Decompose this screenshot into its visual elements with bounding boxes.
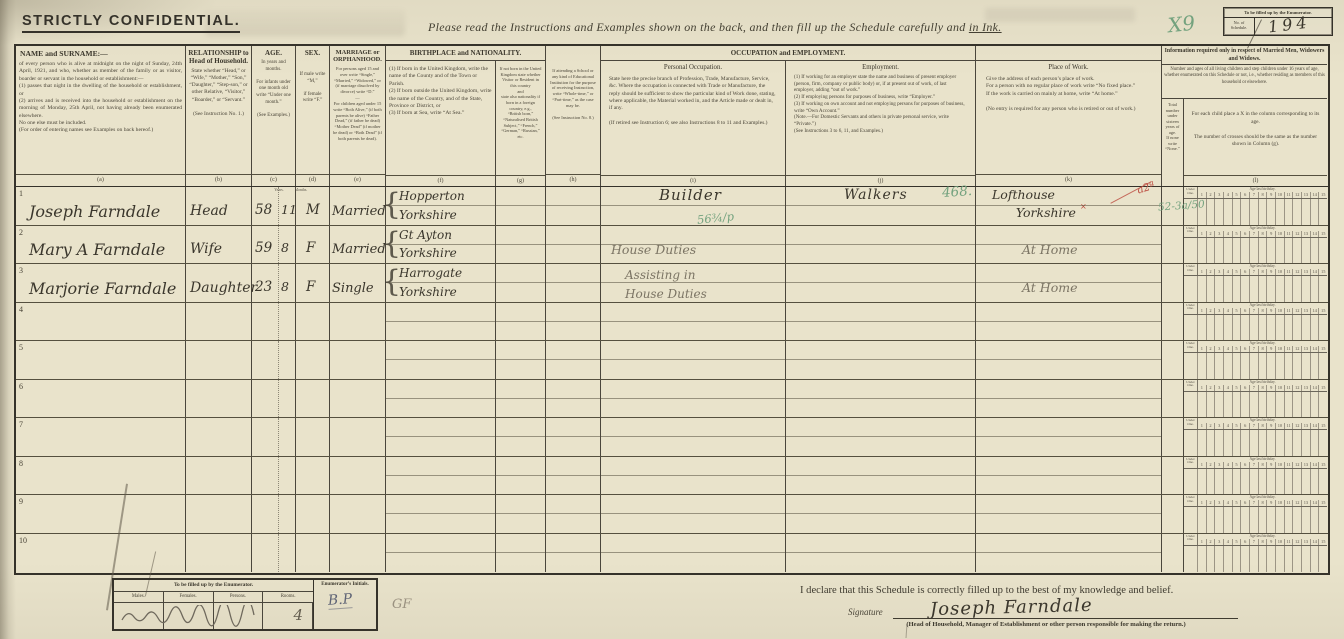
table-cell xyxy=(186,418,252,456)
col-instructions-age: In years and months. For infants under o… xyxy=(252,58,295,121)
age-number: 11 xyxy=(1285,500,1294,506)
table-cell: F xyxy=(296,264,330,302)
age-number: 4 xyxy=(1224,231,1233,237)
age-mark-cell xyxy=(1319,469,1327,495)
persons-header: Persons. xyxy=(214,592,264,602)
table-cell xyxy=(330,495,386,533)
table-cell xyxy=(496,264,546,302)
age-mark-cell xyxy=(1311,469,1320,495)
age-number: 3 xyxy=(1215,269,1224,275)
name-entry: Joseph Farndale xyxy=(29,202,160,221)
age-number: 15 xyxy=(1319,539,1327,545)
col-letter-name: (a) xyxy=(16,174,185,186)
col-header-education: If attending a School or any kind of Edu… xyxy=(546,46,601,186)
age-number: 3 xyxy=(1215,192,1224,198)
table-cell xyxy=(496,187,546,225)
row-number: 4 xyxy=(19,305,23,314)
table-cell xyxy=(496,495,546,533)
group-cols-birthplace: (1) If born in the United Kingdom, write… xyxy=(386,61,545,186)
age-number: 3 xyxy=(1215,231,1224,237)
table-cell xyxy=(546,495,601,533)
table-cell xyxy=(252,303,296,341)
col-instructions-nationality: If not born in the United Kingdom state … xyxy=(496,61,545,142)
col-letter-personal-occupation: (i) xyxy=(601,175,785,186)
age-number: 9 xyxy=(1267,308,1276,314)
age-number: 14 xyxy=(1311,385,1320,391)
age-number: 1 xyxy=(1198,231,1207,237)
age-mark-cell xyxy=(1259,546,1268,573)
age-number: 4 xyxy=(1224,269,1233,275)
row-number: 2 xyxy=(19,228,23,237)
age-number: 15 xyxy=(1319,385,1327,391)
under-one-label: Under One. xyxy=(1184,534,1198,545)
age-number: 1 xyxy=(1198,346,1207,352)
age-mark-cell xyxy=(1224,353,1233,379)
age-mark-cell xyxy=(1207,469,1216,495)
age-columns-header: Age last birthday.123456789101112131415 xyxy=(1198,457,1327,468)
signature-label: Signature xyxy=(848,607,883,617)
table-cell xyxy=(296,341,330,379)
age-mark-cell xyxy=(1241,238,1250,264)
age-number: 7 xyxy=(1250,462,1259,468)
total-under-sixteen-cell xyxy=(1162,418,1184,456)
age-mark-cell xyxy=(1184,276,1198,302)
age-mark-cell xyxy=(1267,238,1276,264)
enumerator-box-headers: Males. Females. Persons. Rooms. xyxy=(114,592,313,603)
age-number: 9 xyxy=(1267,231,1276,237)
age-numbers-row: 123456789101112131415 xyxy=(1198,385,1327,391)
age-mark-cell xyxy=(1267,353,1276,379)
table-cell: Assisting in House Duties xyxy=(601,264,786,302)
child-age-note-wrap: For each child place a X in the column c… xyxy=(1184,99,1327,186)
age-mark-cell xyxy=(1267,546,1276,573)
table-cell: F xyxy=(296,226,330,264)
under-one-label: Under One. xyxy=(1184,341,1198,352)
table-cell: {Hopperton Yorkshire xyxy=(386,187,496,225)
table-row: 8Under One.Age last birthday.12345678910… xyxy=(16,457,1328,496)
age-numbers-row: 123456789101112131415 xyxy=(1198,500,1327,506)
age-number: 4 xyxy=(1224,385,1233,391)
age-number: 15 xyxy=(1319,462,1327,468)
table-cell: Under One.Age last birthday.123456789101… xyxy=(1162,495,1327,533)
males-header: Males. xyxy=(114,592,164,602)
table-cell xyxy=(546,226,601,264)
table-cell xyxy=(786,341,976,379)
age-number: 6 xyxy=(1241,346,1250,352)
married-info-subtitle: Number and ages of all living children a… xyxy=(1162,65,1327,99)
age-number: 1 xyxy=(1198,423,1207,429)
age-number: 12 xyxy=(1293,423,1302,429)
col-header-sex: SEX. If male write “M,” if female write … xyxy=(296,46,330,186)
age-number: 13 xyxy=(1302,539,1311,545)
age-mark-cell xyxy=(1233,392,1242,418)
age-number: 9 xyxy=(1267,539,1276,545)
age-mark-cell xyxy=(1207,546,1216,573)
age-mark-cell xyxy=(1250,315,1259,341)
age-mark-cell xyxy=(1319,315,1327,341)
table-cell xyxy=(546,303,601,341)
total-under-sixteen-cell xyxy=(1162,264,1184,302)
schedule-table: NAME and SURNAME:— of every person who i… xyxy=(14,44,1330,575)
schedule-box-row: No. of Schedule. 194 xyxy=(1224,18,1332,35)
age-number: 7 xyxy=(1250,308,1259,314)
col-instructions-employment: (1) If working for an employer state the… xyxy=(786,72,975,136)
col-title-place-of-work: Place of Work. xyxy=(976,64,1161,71)
age-mark-cell xyxy=(1311,276,1320,302)
age-mark-cell xyxy=(1241,546,1250,573)
table-cell xyxy=(496,303,546,341)
age-number: 7 xyxy=(1250,346,1259,352)
age-number: 9 xyxy=(1267,500,1276,506)
age-mark-cells xyxy=(1184,469,1327,495)
age-mark-cell xyxy=(1241,469,1250,495)
age-mark-cell xyxy=(1184,546,1198,573)
age-columns-header: Age last birthday.123456789101112131415 xyxy=(1198,341,1327,352)
age-number: 10 xyxy=(1276,423,1285,429)
table-cell xyxy=(386,418,496,456)
table-cell: Under One.Age last birthday.123456789101… xyxy=(1162,264,1327,302)
age-number: 2 xyxy=(1207,423,1216,429)
age-mark-cell xyxy=(1215,469,1224,495)
age-number: 5 xyxy=(1233,385,1242,391)
col-title-age: AGE. xyxy=(252,46,295,58)
age-mark-cell xyxy=(1311,546,1320,573)
age-number: 11 xyxy=(1285,231,1294,237)
table-cell: Under One.Age last birthday.123456789101… xyxy=(1162,418,1327,456)
age-mark-cell xyxy=(1319,276,1327,302)
total-under-sixteen-cell xyxy=(1162,341,1184,379)
age-mark-cell xyxy=(1215,546,1224,573)
table-cell xyxy=(546,341,601,379)
age-mark-cell xyxy=(1198,430,1207,456)
total-under-sixteen-cell xyxy=(1162,495,1184,533)
table-cell xyxy=(386,303,496,341)
table-cell xyxy=(786,418,976,456)
age-mark-cell xyxy=(1302,276,1311,302)
age-mark-cell xyxy=(1293,430,1302,456)
enumerator-summary-main: To be filled up by the Enumerator. Males… xyxy=(114,580,314,629)
table-cell: 10 xyxy=(16,534,186,573)
table-cell xyxy=(786,303,976,341)
age-mark-cells xyxy=(1184,507,1327,533)
age-mark-cell xyxy=(1285,276,1294,302)
table-cell xyxy=(330,418,386,456)
table-cell xyxy=(186,341,252,379)
relationship-entry: Wife xyxy=(190,241,222,257)
age-mark-cell xyxy=(1293,315,1302,341)
age-mark-cell xyxy=(1285,315,1294,341)
table-cell: Walkers468. xyxy=(786,187,976,225)
age-mark-cell xyxy=(1215,238,1224,264)
sex-entry: F xyxy=(306,240,315,256)
col-group-birthplace: BIRTHPLACE and NATIONALITY. (1) If born … xyxy=(386,46,546,186)
table-cell: Under One.Age last birthday.123456789101… xyxy=(1162,187,1327,225)
age-mark-cell xyxy=(1319,199,1327,225)
age-columns-header: Age last birthday.123456789101112131415 xyxy=(1198,187,1327,198)
table-cell xyxy=(296,418,330,456)
age-number: 8 xyxy=(1259,423,1268,429)
age-mark-cell xyxy=(1259,276,1268,302)
age-number: 4 xyxy=(1224,462,1233,468)
age-number: 12 xyxy=(1293,346,1302,352)
occupation-entry: Builder xyxy=(659,186,722,204)
age-mark-cell xyxy=(1319,392,1327,418)
table-row: 5Under One.Age last birthday.12345678910… xyxy=(16,341,1328,380)
under-one-label: Under One. xyxy=(1184,187,1198,198)
age-number: 11 xyxy=(1285,192,1294,198)
age-number: 6 xyxy=(1241,500,1250,506)
age-number: 2 xyxy=(1207,539,1216,545)
col-header-place-of-work: Place of Work. Give the address of each … xyxy=(976,46,1162,186)
age-mark-cell xyxy=(1184,392,1198,418)
table-cell: Daughter xyxy=(186,264,252,302)
age-mark-cells xyxy=(1184,392,1327,418)
child-age-grid: Under One.Age last birthday.123456789101… xyxy=(1184,418,1327,456)
age-mark-cell xyxy=(1259,199,1268,225)
age-mark-cell xyxy=(1319,546,1327,573)
age-number: 10 xyxy=(1276,346,1285,352)
occupation-entry: House Duties xyxy=(611,242,696,257)
age-number: 13 xyxy=(1302,269,1311,275)
age-number: 1 xyxy=(1198,308,1207,314)
age-mark-cell xyxy=(1224,546,1233,573)
col-header-birthplace: (1) If born in the United Kingdom, write… xyxy=(386,61,496,186)
enumerator-initials-value: B.P xyxy=(327,591,352,610)
schedule-number-box: To be filled up by the Enumerator. No. o… xyxy=(1223,7,1333,36)
child-age-grid-header: Under One.Age last birthday.123456789101… xyxy=(1184,341,1327,353)
age-number: 6 xyxy=(1241,192,1250,198)
col-instructions-sex: If male write “M,” if female write “F.” xyxy=(296,58,329,107)
age-mark-cell xyxy=(1267,315,1276,341)
married-info-lower: Total number under sixteen years of age.… xyxy=(1162,99,1327,186)
table-cell xyxy=(252,534,296,573)
table-cell: 9 xyxy=(16,495,186,533)
child-age-grid: Under One.Age last birthday.123456789101… xyxy=(1184,495,1327,533)
age-number: 13 xyxy=(1302,462,1311,468)
table-cell xyxy=(186,457,252,495)
green-annotation: 468. xyxy=(941,183,972,201)
schedule-box-label: No. of Schedule. xyxy=(1224,18,1255,35)
age-number: 11 xyxy=(1285,346,1294,352)
age-mark-cell xyxy=(1293,507,1302,533)
age-mark-cell xyxy=(1250,238,1259,264)
table-cell xyxy=(496,226,546,264)
table-cell xyxy=(252,380,296,418)
age-mark-cell xyxy=(1311,430,1320,456)
age-number: 14 xyxy=(1311,346,1320,352)
table-cell xyxy=(252,457,296,495)
age-mark-cell xyxy=(1241,507,1250,533)
age-mark-cell xyxy=(1233,276,1242,302)
table-cell xyxy=(786,457,976,495)
age-number: 12 xyxy=(1293,269,1302,275)
table-cell xyxy=(186,303,252,341)
total-under-sixteen-cell xyxy=(1162,534,1184,573)
age-number: 12 xyxy=(1293,308,1302,314)
age-number: 1 xyxy=(1198,385,1207,391)
table-cell: Under One.Age last birthday.123456789101… xyxy=(1162,226,1327,264)
sex-entry: M xyxy=(306,202,320,218)
age-mark-cell xyxy=(1276,199,1285,225)
age-number: 10 xyxy=(1276,192,1285,198)
col-title-employment: Employment. xyxy=(786,64,975,71)
birthplace-entry: Gt Ayton Yorkshire xyxy=(399,226,457,263)
age-mark-cell xyxy=(1250,276,1259,302)
age-mark-cell xyxy=(1198,315,1207,341)
occupation-entry: Assisting in House Duties xyxy=(625,266,707,303)
table-cell xyxy=(186,495,252,533)
age-number: 5 xyxy=(1233,539,1242,545)
table-cell: Builder56¾/p xyxy=(601,187,786,225)
age-mark-cell xyxy=(1302,469,1311,495)
age-number: 12 xyxy=(1293,539,1302,545)
age-mark-cell xyxy=(1285,507,1294,533)
age-mark-cell xyxy=(1293,392,1302,418)
under-one-label: Under One. xyxy=(1184,264,1198,275)
age-number: 2 xyxy=(1207,192,1216,198)
table-cell xyxy=(976,341,1162,379)
age-number: 11 xyxy=(1285,423,1294,429)
age-mark-cell xyxy=(1233,315,1242,341)
age-number: 4 xyxy=(1224,346,1233,352)
table-cell: Head xyxy=(186,187,252,225)
age-mark-cell xyxy=(1250,469,1259,495)
table-cell xyxy=(976,495,1162,533)
age-number: 10 xyxy=(1276,539,1285,545)
age-mark-cell xyxy=(1250,353,1259,379)
age-numbers-row: 123456789101112131415 xyxy=(1198,462,1327,468)
sex-entry: F xyxy=(306,279,315,295)
relationship-entry: Head xyxy=(190,203,228,219)
marriage-entry: Married xyxy=(332,204,386,219)
age-mark-cells xyxy=(1184,238,1327,264)
age-number: 3 xyxy=(1215,423,1224,429)
age-number: 14 xyxy=(1311,423,1320,429)
table-cell xyxy=(496,418,546,456)
under-one-label: Under One. xyxy=(1184,226,1198,237)
age-mark-cell xyxy=(1224,238,1233,264)
age-number: 2 xyxy=(1207,385,1216,391)
pencil-note-gf: GF xyxy=(392,597,411,612)
age-mark-cell xyxy=(1241,315,1250,341)
group-cols-occupation: Personal Occupation. State here the prec… xyxy=(601,61,975,186)
age-number: 15 xyxy=(1319,308,1327,314)
age-mark-cell xyxy=(1293,276,1302,302)
green-annotation: 56¾/p xyxy=(696,209,734,227)
age-number: 6 xyxy=(1241,539,1250,545)
age-mark-cell xyxy=(1311,507,1320,533)
age-number: 4 xyxy=(1224,308,1233,314)
age-mark-cell xyxy=(1285,392,1294,418)
age-number: 13 xyxy=(1302,231,1311,237)
col-title-personal-occupation: Personal Occupation. xyxy=(601,64,785,71)
age-number: 12 xyxy=(1293,500,1302,506)
child-age-grid-header: Under One.Age last birthday.123456789101… xyxy=(1184,187,1327,199)
col-header-nationality: If not born in the United Kingdom state … xyxy=(496,61,545,186)
age-mark-cells xyxy=(1184,430,1327,456)
age-number: 6 xyxy=(1241,423,1250,429)
age-mark-cell xyxy=(1267,430,1276,456)
col-header-employment: Employment. (1) If working for an employ… xyxy=(786,61,975,186)
table-cell xyxy=(386,534,496,573)
age-number: 12 xyxy=(1293,385,1302,391)
table-cell: 2Mary A Farndale xyxy=(16,226,186,264)
age-number: 10 xyxy=(1276,385,1285,391)
age-number: 14 xyxy=(1311,308,1320,314)
age-mark-cell xyxy=(1207,276,1216,302)
place-of-work-entry: At Home xyxy=(1022,280,1077,295)
total-under-sixteen-cell xyxy=(1162,380,1184,418)
age-mark-cell xyxy=(1250,199,1259,225)
age-mark-cell xyxy=(1241,430,1250,456)
age-mark-cell xyxy=(1241,199,1250,225)
green-annotation-x9: X9 xyxy=(1167,11,1196,38)
age-number: 5 xyxy=(1233,423,1242,429)
age-number: 13 xyxy=(1302,346,1311,352)
age-number: 15 xyxy=(1319,500,1327,506)
row-number: 7 xyxy=(19,420,23,429)
age-years-entry: 59 xyxy=(255,240,272,256)
col-instructions-place-of-work: Give the address of each person’s place … xyxy=(976,72,1161,117)
group-title-occupation: OCCUPATION and EMPLOYMENT. xyxy=(601,46,975,61)
child-age-grid: Under One.Age last birthday.123456789101… xyxy=(1184,380,1327,418)
table-cell xyxy=(296,457,330,495)
table-cell: Wife xyxy=(186,226,252,264)
age-number: 15 xyxy=(1319,269,1327,275)
age-mark-cell xyxy=(1311,315,1320,341)
relationship-entry: Daughter xyxy=(190,280,257,296)
age-mark-cell xyxy=(1276,392,1285,418)
table-cell: Lofthouse Yorkshirea2ª× xyxy=(976,187,1162,225)
age-number: 9 xyxy=(1267,346,1276,352)
col-header-name: NAME and SURNAME:— of every person who i… xyxy=(16,46,186,186)
age-mark-cell xyxy=(1233,507,1242,533)
child-age-note: For each child place a X in the column c… xyxy=(1184,99,1327,149)
age-number: 5 xyxy=(1233,462,1242,468)
table-cell: 3Marjorie Farndale xyxy=(16,264,186,302)
age-number: 11 xyxy=(1285,269,1294,275)
total-under-sixteen-cell xyxy=(1162,303,1184,341)
under-one-label: Under One. xyxy=(1184,418,1198,429)
age-number: 11 xyxy=(1285,308,1294,314)
col-title-name: NAME and SURNAME:— xyxy=(16,46,185,59)
age-mark-cell xyxy=(1311,353,1320,379)
table-cell xyxy=(330,457,386,495)
table-cell xyxy=(601,380,786,418)
table-cell xyxy=(386,380,496,418)
age-mark-cell xyxy=(1302,315,1311,341)
table-cell xyxy=(546,380,601,418)
age-mark-cell xyxy=(1293,546,1302,573)
age-number: 14 xyxy=(1311,500,1320,506)
age-number: 3 xyxy=(1215,346,1224,352)
age-number: 15 xyxy=(1319,346,1327,352)
table-cell xyxy=(330,341,386,379)
col-header-married-info: Information required only in respect of … xyxy=(1162,46,1327,186)
age-mark-cell xyxy=(1224,507,1233,533)
col-instructions-birthplace: (1) If born in the United Kingdom, write… xyxy=(386,61,495,120)
table-cell xyxy=(601,341,786,379)
child-age-grid-header: Under One.Age last birthday.123456789101… xyxy=(1184,380,1327,392)
under-one-label: Under One. xyxy=(1184,380,1198,391)
age-mark-cell xyxy=(1302,430,1311,456)
place-of-work-entry: Lofthouse Yorkshire xyxy=(992,186,1076,222)
age-mark-cell xyxy=(1259,353,1268,379)
age-number: 7 xyxy=(1250,500,1259,506)
age-mark-cell xyxy=(1302,546,1311,573)
age-number: 15 xyxy=(1319,192,1327,198)
table-cell: 238 xyxy=(252,264,296,302)
